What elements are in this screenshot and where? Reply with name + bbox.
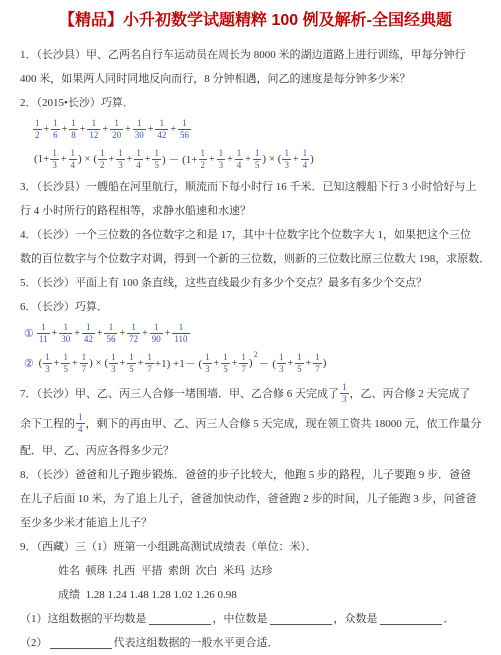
operator: + (74, 328, 80, 339)
text-run: 8．（长沙）爸爸和儿子跑步锻炼．爸爸的步子比较大，他跑 5 步的路程，儿子要跑 … (20, 466, 471, 482)
text-run: ) － (1+ (162, 151, 198, 167)
text-run: 数的百位数字与个位数字对调，得到一个新的三位数，则新的三位数比原三位数大 198… (20, 250, 490, 266)
text-run: 行 4 小时所行的路程相等，求静水船速和水速？ (20, 202, 251, 218)
text-run: +1) +1－ ( (155, 355, 202, 371)
text-run: ) × ( (89, 357, 108, 369)
text-run: （2） (20, 634, 48, 650)
text-run: ． (444, 610, 455, 626)
superscript: 2 (254, 350, 258, 359)
fraction: 14 (235, 149, 244, 170)
fraction: 111 (37, 323, 50, 344)
text-run: 1．（长沙县）甲、乙两名自行车运动员在周长为 8000 米的湖边道路上进行训练，… (20, 46, 466, 62)
text-run: ，中位数是 (213, 610, 268, 626)
text-run: 至少多少米才能追上儿子？ (20, 514, 152, 530)
fraction: 15 (152, 149, 161, 170)
fraction: 15 (61, 353, 70, 374)
operator: + (138, 358, 144, 369)
fraction: 14 (76, 413, 85, 434)
operator: + (97, 328, 103, 339)
text-run: (1+ (34, 153, 49, 165)
q9-line1: 9．（西藏）三（1）班第一小组跳高测试成绩表（单位：米）． (20, 534, 491, 558)
item-number: ① (24, 327, 34, 340)
operator: + (293, 154, 299, 165)
q7-line2: 余下工程的14，剩下的再由甲、乙、丙三人合修 5 天完成，现在领工资共 1800… (20, 408, 491, 438)
text-run: 成绩 1.28 1.24 1.48 1.28 1.02 1.26 0.98 (58, 586, 237, 602)
q6-line1: 6．（长沙）巧算． (20, 294, 491, 318)
operator: + (62, 124, 68, 135)
fraction: 13 (217, 149, 226, 170)
text-run: 在儿子后面 10 米，为了追上儿子，爸爸加快动作，爸爸跑 2 步的时间，儿子能跑… (20, 490, 477, 506)
text-run: 代表这组数据的一般水平更合适． (114, 634, 279, 650)
text-run: 2．（2015•长沙）巧算． (20, 94, 134, 110)
fraction: 14 (301, 149, 310, 170)
operator: + (119, 328, 125, 339)
worksheet-page: 【精品】小升初数学试题精粹 100 例及解析-全国经典题 1．（长沙县）甲、乙两… (0, 0, 501, 655)
text-run: 3．（长沙县）一艘船在河里航行，顺流而下每小时行 16 千米．已知这艘船下行 3… (20, 178, 477, 194)
text-run: ，剩下的再由甲、乙、丙三人合修 5 天完成，现在领工资共 18000 元，依工作… (86, 415, 482, 431)
q1-line2: 400 米，如果两人同时同地反向而行，8 分钟相遇，问乙的速度是每分钟多少米？ (20, 66, 491, 90)
operator: + (54, 358, 60, 369)
fraction: 142 (82, 323, 95, 344)
text-run: ( (36, 357, 42, 369)
text-run: ，众数是 (334, 610, 378, 626)
operator: + (109, 154, 115, 165)
text-run: 配．甲、乙、丙应各得多少元？ (20, 442, 174, 458)
text-run: ) (323, 357, 327, 369)
answer-blank (149, 611, 211, 625)
operator: + (245, 154, 251, 165)
operator: + (72, 358, 78, 369)
q8-line1: 8．（长沙）爸爸和儿子跑步锻炼．爸爸的步子比较大，他跑 5 步的路程，儿子要跑 … (20, 462, 491, 486)
text-run: － ( (259, 355, 276, 371)
fraction: 120 (110, 119, 123, 140)
fraction: 15 (295, 353, 304, 374)
operator: + (44, 124, 50, 135)
fraction: 12 (98, 149, 107, 170)
fraction: 190 (150, 323, 163, 344)
answer-blank (50, 635, 112, 649)
q3-line1: 3．（长沙县）一艘船在河里航行，顺流而下每小时行 16 千米．已知这艘船下行 3… (20, 174, 491, 198)
page-title: 【精品】小升初数学试题精粹 100 例及解析-全国经典题 (20, 10, 491, 32)
fraction: 112 (87, 119, 100, 140)
operator: + (165, 328, 171, 339)
fraction: 17 (313, 353, 322, 374)
fraction: 12 (199, 149, 208, 170)
fraction: 15 (127, 353, 136, 374)
text-run: 5．（长沙）平面上有 100 条直线，这些直线最少有多少个交点？最多有多少个交点… (20, 274, 427, 290)
fraction: 1110 (172, 323, 189, 344)
fraction: 17 (145, 353, 154, 374)
operator: + (148, 124, 154, 135)
operator: + (102, 124, 108, 135)
operator: + (214, 358, 220, 369)
text-run: 姓名 顿珠 扎西 平措 索朗 次白 米玛 达珍 (58, 562, 273, 578)
fraction: 14 (69, 149, 78, 170)
q1-line1: 1．（长沙县）甲、乙两名自行车运动员在周长为 8000 米的湖边道路上进行训练，… (20, 42, 491, 66)
fraction: 15 (221, 353, 230, 374)
text-run: 4．（长沙）一个三位数的各位数字之和是 17，其中十位数字比个位数字大 1，如果… (20, 226, 471, 242)
fraction: 156 (104, 323, 117, 344)
fraction: 14 (134, 149, 143, 170)
fraction: 17 (80, 353, 89, 374)
operator: + (209, 154, 215, 165)
text-run: 400 米，如果两人同时同地反向而行，8 分钟相遇，问乙的速度是每分钟多少米？ (20, 70, 411, 86)
text-run: （1）这组数据的平均数是 (20, 610, 147, 626)
operator: + (232, 358, 238, 369)
q6-math2: ② (13+15+17) × (13+15+17+1) +1－ (13+15+1… (24, 348, 491, 378)
fraction: 15 (253, 149, 262, 170)
fraction: 16 (51, 119, 60, 140)
q6-math1: ①111+130+142+156+172+190+1110 (24, 318, 491, 348)
fraction: 172 (127, 323, 140, 344)
fraction: 13 (340, 383, 349, 404)
operator: + (170, 124, 176, 135)
q2-line1: 2．（2015•长沙）巧算． (20, 90, 491, 114)
fraction: 142 (155, 119, 168, 140)
document-body: 1．（长沙县）甲、乙两名自行车运动员在周长为 8000 米的湖边道路上进行训练，… (20, 42, 491, 654)
q4-line2: 数的百位数字与个位数字对调，得到一个新的三位数，则新的三位数比原三位数大 198… (20, 246, 491, 270)
fraction: 13 (109, 353, 118, 374)
fraction: 156 (178, 119, 191, 140)
operator: + (288, 358, 294, 369)
text-run: 9．（西藏）三（1）班第一小组跳高测试成绩表（单位：米）． (20, 538, 317, 554)
q9-sub1: （1）这组数据的平均数是，中位数是，众数是． (20, 606, 491, 630)
fraction: 13 (43, 353, 52, 374)
q9-table-scores: 成绩 1.28 1.24 1.48 1.28 1.02 1.26 0.98 (58, 582, 491, 606)
operator: + (125, 124, 131, 135)
fraction: 12 (33, 119, 42, 140)
fraction: 13 (50, 149, 59, 170)
q3-line2: 行 4 小时所行的路程相等，求静水船速和水速？ (20, 198, 491, 222)
answer-blank (380, 611, 442, 625)
fraction: 13 (116, 149, 125, 170)
operator: + (145, 154, 151, 165)
q4-line1: 4．（长沙）一个三位数的各位数字之和是 17，其中十位数字比个位数字大 1，如果… (20, 222, 491, 246)
q7-line1: 7．（长沙）甲、乙、丙三人合修一堵围墙．甲、乙合修 6 天完成了13，乙、丙合修… (20, 378, 491, 408)
q8-line3: 至少多少米才能追上儿子？ (20, 510, 491, 534)
q2-math1: 12+16+18+112+120+130+142+156 (32, 114, 491, 144)
fraction: 17 (239, 353, 248, 374)
text-run: ) × ( (262, 153, 281, 165)
fraction: 13 (203, 353, 212, 374)
item-number: ② (24, 357, 34, 370)
fraction: 130 (59, 323, 72, 344)
text-run: ) (310, 153, 314, 165)
text-run: 6．（长沙）巧算． (20, 298, 108, 314)
fraction: 130 (133, 119, 146, 140)
answer-blank (270, 611, 332, 625)
operator: + (120, 358, 126, 369)
text-run: 7．（长沙）甲、乙、丙三人合修一堵围墙．甲、乙合修 6 天完成了 (20, 385, 339, 401)
q8-line2: 在儿子后面 10 米，为了追上儿子，爸爸加快动作，爸爸跑 2 步的时间，儿子能跑… (20, 486, 491, 510)
text-run: 余下工程的 (20, 415, 75, 431)
operator: + (127, 154, 133, 165)
q7-line3: 配．甲、乙、丙应各得多少元？ (20, 438, 491, 462)
text-run: ，乙、丙合修 2 天完成了 (350, 385, 471, 401)
q9-sub2: （2）代表这组数据的一般水平更合适． (20, 630, 491, 654)
q2-math2: (1+13+14) × (12+13+14+15) － (1+12+13+14+… (34, 144, 491, 174)
q9-table-names: 姓名 顿珠 扎西 平措 索朗 次白 米玛 达珍 (58, 558, 491, 582)
operator: + (142, 328, 148, 339)
fraction: 18 (69, 119, 78, 140)
text-run: ) × ( (78, 153, 97, 165)
operator: + (52, 328, 58, 339)
fraction: 13 (277, 353, 286, 374)
fraction: 13 (282, 149, 291, 170)
q5-line1: 5．（长沙）平面上有 100 条直线，这些直线最少有多少个交点？最多有多少个交点… (20, 270, 491, 294)
operator: + (306, 358, 312, 369)
text-run: ) (249, 357, 253, 369)
operator: + (61, 154, 67, 165)
operator: + (227, 154, 233, 165)
operator: + (80, 124, 86, 135)
